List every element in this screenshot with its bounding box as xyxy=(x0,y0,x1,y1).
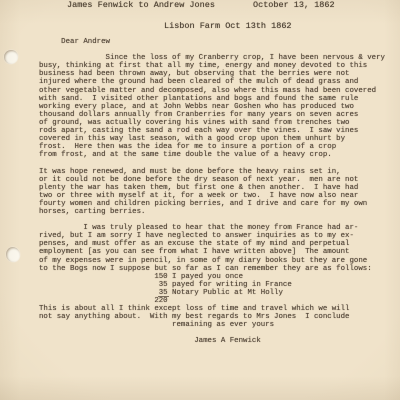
body-line: other vegetable matter and decomposed, a… xyxy=(39,87,397,95)
blank-line xyxy=(39,46,397,54)
body-line: injured where the ground had been cleare… xyxy=(39,78,397,86)
body-line: fourty women and children picking berrie… xyxy=(39,200,397,208)
body-line: horses, carting berries. xyxy=(39,208,397,216)
letter-body: Dear Andrew Since the loss of my Cranber… xyxy=(39,38,397,346)
salutation: Dear Andrew xyxy=(39,38,397,46)
letter-dateline: Lisbon Farm Oct 13th 1862 xyxy=(164,22,292,31)
expense-total-line: 220 xyxy=(39,297,397,305)
signature: James A Fenwick xyxy=(39,337,397,345)
archival-header-date: October 13, 1862 xyxy=(253,1,335,10)
body-line: of my expenses were in pencil, in some o… xyxy=(39,257,397,265)
body-line: plenty the war has taken them, but first… xyxy=(39,184,397,192)
body-line: It was hope renewed, and must be done be… xyxy=(39,168,397,176)
closing-line: remaining as ever yours xyxy=(39,321,397,329)
body-line: of ground, was actually covering his vin… xyxy=(39,119,397,127)
expense-line: 150 I payed you once xyxy=(39,273,397,281)
body-line: with sand. I visited other plantations a… xyxy=(39,95,397,103)
body-line: from frost, and at the same time double … xyxy=(39,151,397,159)
punch-hole-bottom xyxy=(6,247,20,262)
blank-line xyxy=(39,216,397,224)
blank-line xyxy=(39,159,397,167)
body-line: to the Bogs now I suppose but so far as … xyxy=(39,265,397,273)
body-line: or it could not be done before the dry s… xyxy=(39,176,397,184)
punch-hole-top xyxy=(4,50,18,64)
body-line: two or three with myself at it, for a we… xyxy=(39,192,397,200)
body-line: working every place, and at John Webbs n… xyxy=(39,103,397,111)
expense-sum-rule xyxy=(158,296,169,297)
body-line: thousand dollars annually from Cranberri… xyxy=(39,111,397,119)
archival-header-title: James Fenwick to Andrew Jones xyxy=(67,1,215,10)
body-line: employment [as you can see from what I h… xyxy=(39,248,397,256)
closing-line: This is about all I think except loss of… xyxy=(39,305,397,313)
expense-line: 35 payed for writing in France xyxy=(39,281,397,289)
body-line: rods apart, casting the sand a rod each … xyxy=(39,127,397,135)
expense-line: 35 Notary Public at Mt Holly xyxy=(39,289,397,297)
body-line: covered in this way last season, with a … xyxy=(39,135,397,143)
scanned-letter-page: James Fenwick to Andrew Jones October 13… xyxy=(0,0,400,400)
